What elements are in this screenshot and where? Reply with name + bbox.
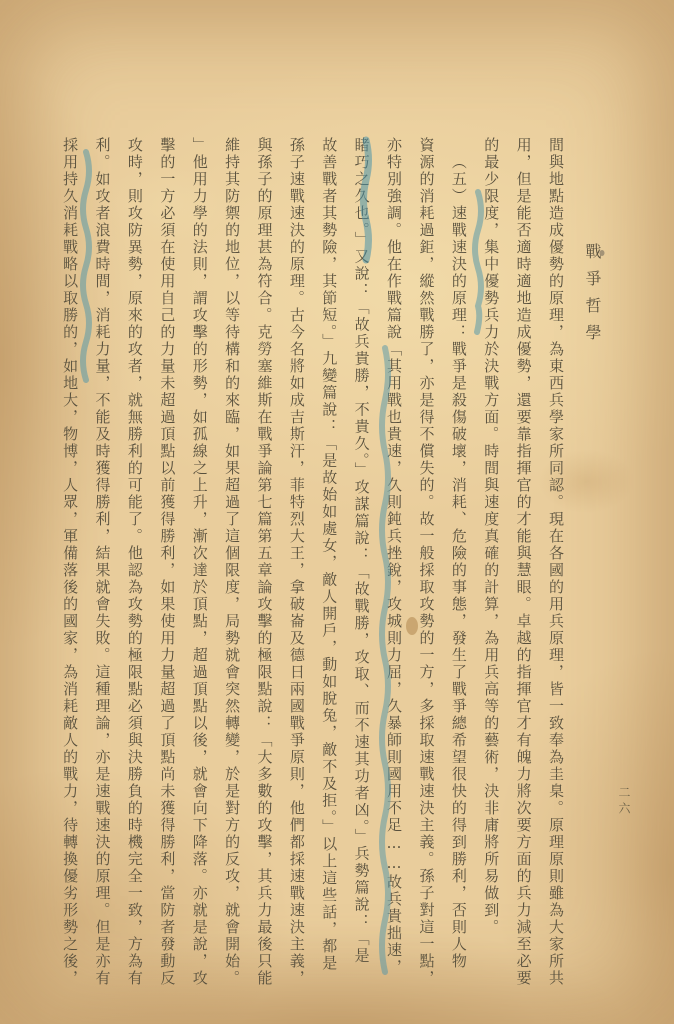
text-column-06: 亦特別強調。他在作戰篇說「其用戰也貴速，久則鈍兵挫銳，攻城則力屈，久暴師則國用不… [378, 137, 410, 991]
margin-book-title: 戰爭哲學 [581, 243, 604, 351]
text-column-10: 與孫子的原理甚為符合。克勞塞維斯在戰爭論第七篇第五章論攻擊的極限點說：「大多數的… [248, 137, 280, 991]
text-column-02: 用，但是能否適時適地造成優勢，還要靠指揮官的才能與慧眼。卓越的指揮官才有魄力將次… [507, 137, 539, 991]
text-column-14: 攻時，則攻防異勢，原來的攻者，就無勝利的可能了。他認為攻勢的極限點必須與決勝負的… [119, 137, 151, 991]
main-text-block: 間與地點造成優勢的原理，為東西兵學家所同認。現在各國的用兵原理，皆一致奉為圭臬。… [52, 137, 572, 997]
text-column-16: 採用持久消耗戰略以取勝的，如地大，物博，人眾，軍備落後的國家，為消耗敵人的戰力，… [54, 137, 86, 991]
text-column-15: 利。如攻者浪費時間，消耗力量，不能及時獲得勝利，結果就會失敗。這種理論，亦是速戰… [86, 137, 118, 991]
scanned-book-page: 間與地點造成優勢的原理，為東西兵學家所同認。現在各國的用兵原理，皆一致奉為圭臬。… [0, 0, 674, 1024]
text-column-01: 間與地點造成優勢的原理，為東西兵學家所同認。現在各國的用兵原理，皆一致奉為圭臬。… [540, 137, 572, 991]
text-column-08: 故善戰者其勢險，其節短。」九變篇說：「是故始如處女，敵人開戶，動如脫兔，敵不及拒… [313, 137, 345, 991]
text-column-04: （五）速戰速決的原理：戰爭是殺傷破壞，消耗、危險的事態，發生了戰爭總希望很快的得… [442, 137, 474, 991]
text-column-07: 睹巧之久也。」又說：「故兵貴勝，不貴久。」攻謀篇說：「故戰勝，攻取、而不速其功者… [345, 137, 377, 991]
text-column-12: 」他用力學的法則，謂攻擊的形勢，如孤線之上升，漸次達於頂點，超過頂點以後，就會向… [183, 137, 215, 991]
text-column-03: 的最少限度，集中優勢兵力於決戰方面。時間與速度真確的計算，為用兵高等的藝術，決非… [475, 137, 507, 991]
text-column-11: 維持其防禦的地位，以等待構和的來臨，如果超過了這個限度，局勢就會突然轉變，於是對… [216, 137, 248, 991]
text-column-09: 孫子速戰速決的原理。古今名將如成吉斯汗，菲特烈大王，拿破崙及德日兩國戰爭原則，他… [280, 137, 312, 991]
page-number: 二六 [616, 786, 633, 818]
text-column-05: 資源的消耗過鉅，縱然戰勝了，亦是得不償失的。故一般採取攻勢的一方，多採取速戰速決… [410, 137, 442, 991]
text-column-13: 擊的一方必須在使用自己的力量未超過頂點以前獲得勝利，如果使用力量超過了頂點尚未獲… [151, 137, 183, 991]
